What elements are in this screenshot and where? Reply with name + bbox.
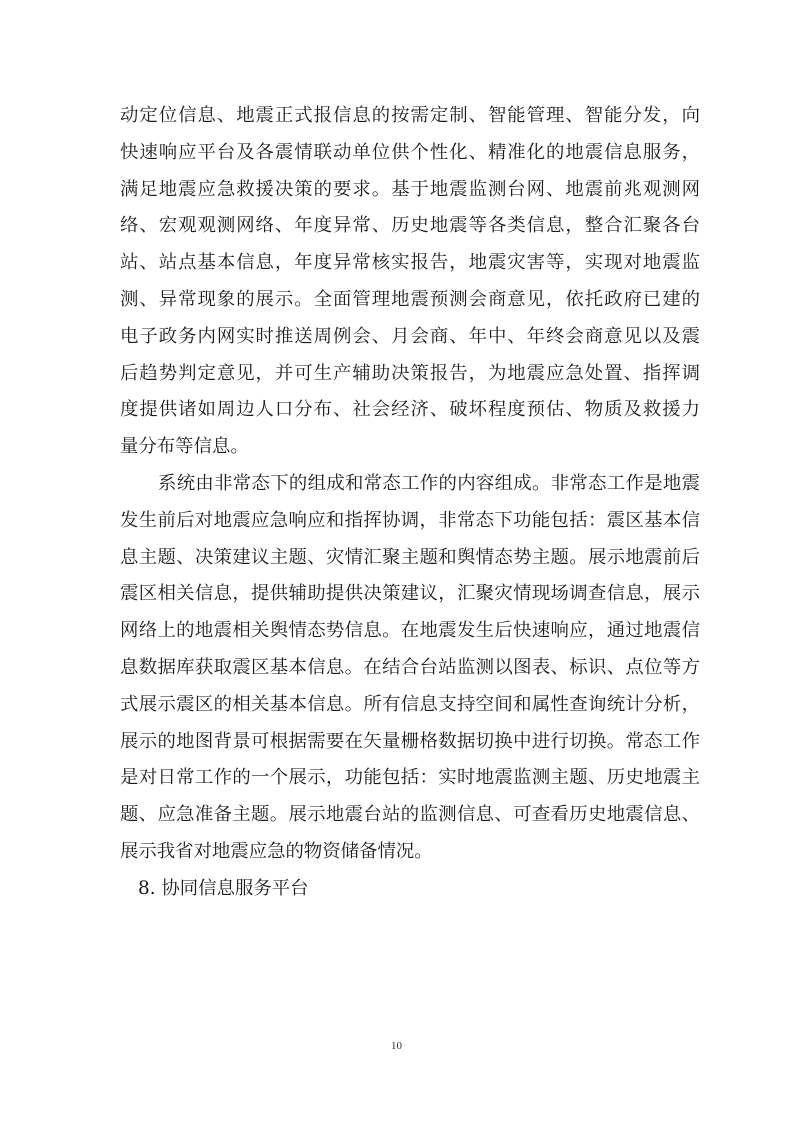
text-line: 满足地震应急救援决策的要求。基于地震监测台网、地震前兆观测网 — [120, 172, 700, 209]
text-line: 发生前后对地震应急响应和指挥协调，非常态下功能包括：震区基本信 — [120, 503, 700, 540]
text-line: 展示我省对地震应急的物资储备情况。 — [120, 834, 700, 871]
text-line: 题、应急准备主题。展示地震台站的监测信息、可查看历史地震信息、 — [120, 797, 700, 834]
text-line: 震区相关信息，提供辅助提供决策建议，汇聚灾情现场调查信息，展示 — [120, 576, 700, 613]
text-line: 息主题、决策建议主题、灾情汇聚主题和舆情态势主题。展示地震前后 — [120, 540, 700, 577]
text-line: 展示的地图背景可根据需要在矢量栅格数据切换中进行切换。常态工作 — [120, 724, 700, 761]
document-page: 动定位信息、地震正式报信息的按需定制、智能管理、智能分发，向 快速响应平台及各震… — [0, 0, 793, 1122]
text-line: 量分布等信息。 — [120, 429, 700, 466]
paragraph-2: 系统由非常态下的组成和常态工作的内容组成。非常态工作是地震 发生前后对地震应急响… — [120, 466, 700, 871]
text-line: 度提供诸如周边人口分布、社会经济、破坏程度预估、物质及救援力 — [120, 392, 700, 429]
text-line: 电子政务内网实时推送周例会、月会商、年中、年终会商意见以及震 — [120, 319, 700, 356]
text-line: 动定位信息、地震正式报信息的按需定制、智能管理、智能分发，向 — [120, 98, 700, 135]
text-line: 息数据库获取震区基本信息。在结合台站监测以图表、标识、点位等方 — [120, 650, 700, 687]
text-line: 测、异常现象的展示。全面管理地震预测会商意见，依托政府已建的 — [120, 282, 700, 319]
text-line: 网络上的地震相关舆情态势信息。在地震发生后快速响应，通过地震信 — [120, 613, 700, 650]
text-line: 站、站点基本信息，年度异常核实报告，地震灾害等，实现对地震监 — [120, 245, 700, 282]
section-heading: 8. 协同信息服务平台 — [120, 871, 700, 908]
text-line: 式展示震区的相关基本信息。所有信息支持空间和属性查询统计分析， — [120, 687, 700, 724]
body-text: 动定位信息、地震正式报信息的按需定制、智能管理、智能分发，向 快速响应平台及各震… — [120, 98, 700, 908]
text-line: 系统由非常态下的组成和常态工作的内容组成。非常态工作是地震 — [120, 466, 700, 503]
paragraph-1: 动定位信息、地震正式报信息的按需定制、智能管理、智能分发，向 快速响应平台及各震… — [120, 98, 700, 466]
text-line: 络、宏观观测网络、年度异常、历史地震等各类信息，整合汇聚各台 — [120, 208, 700, 245]
text-line: 是对日常工作的一个展示，功能包括：实时地震监测主题、历史地震主 — [120, 760, 700, 797]
text-line: 后趋势判定意见，并可生产辅助决策报告，为地震应急处置、指挥调 — [120, 356, 700, 393]
page-number: 10 — [0, 1040, 793, 1052]
text-line: 快速响应平台及各震情联动单位供个性化、精准化的地震信息服务， — [120, 135, 700, 172]
